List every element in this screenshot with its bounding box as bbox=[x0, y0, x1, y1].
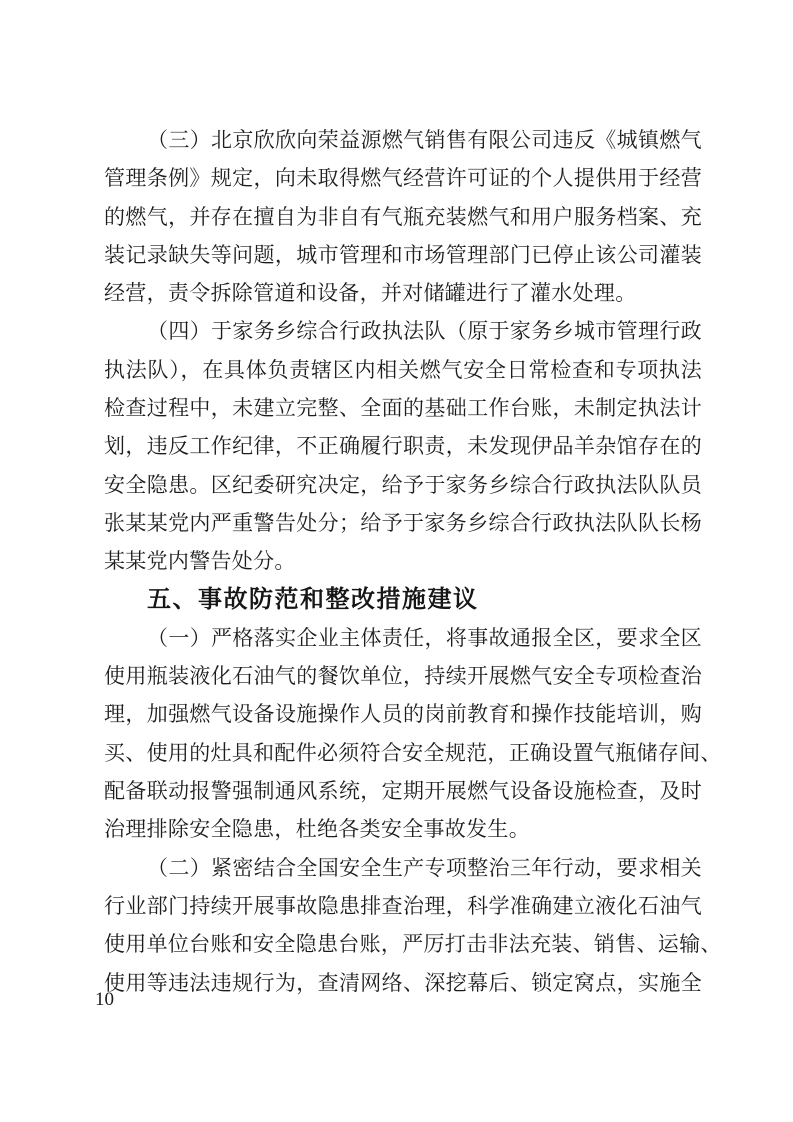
text-line: 治理排除安全隐患，杜绝各类安全事故发生。 bbox=[104, 810, 702, 848]
text-line: 经营，责令拆除管道和设备，并对储罐进行了灌水处理。 bbox=[104, 274, 702, 312]
page-number: 10 bbox=[95, 986, 114, 1014]
text-line: 行业部门持续开展事故隐患排查治理，科学准确建立液化石油气 bbox=[104, 887, 702, 925]
paragraph: （四）于家务乡综合行政执法队（原于家务乡城市管理行政执法队），在具体负责辖区内相… bbox=[104, 312, 702, 580]
paragraph: （三）北京欣欣向荣益源燃气销售有限公司违反《城镇燃气管理条例》规定，向未取得燃气… bbox=[104, 121, 702, 312]
text-block: （三）北京欣欣向荣益源燃气销售有限公司违反《城镇燃气管理条例》规定，向未取得燃气… bbox=[104, 121, 702, 1002]
text-line: 理，加强燃气设备设施操作人员的岗前教育和操作技能培训，购 bbox=[104, 695, 702, 733]
text-line: 检查过程中，未建立完整、全面的基础工作台账，未制定执法计 bbox=[104, 389, 702, 427]
text-line: （三）北京欣欣向荣益源燃气销售有限公司违反《城镇燃气 bbox=[104, 121, 702, 159]
text-line: 买、使用的灶具和配件必须符合安全规范，正确设置气瓶储存间、 bbox=[104, 734, 702, 772]
text-line: 划，违反工作纪律，不正确履行职责，未发现伊品羊杂馆存在的 bbox=[104, 427, 702, 465]
text-line: 某某党内警告处分。 bbox=[104, 542, 702, 580]
text-line: 执法队），在具体负责辖区内相关燃气安全日常检查和专项执法 bbox=[104, 351, 702, 389]
text-line: 的燃气，并存在擅自为非自有气瓶充装燃气和用户服务档案、充 bbox=[104, 198, 702, 236]
paragraph: （一）严格落实企业主体责任，将事故通报全区，要求全区使用瓶装液化石油气的餐饮单位… bbox=[104, 619, 702, 849]
text-line: 张某某党内严重警告处分；给予于家务乡综合行政执法队队长杨 bbox=[104, 504, 702, 542]
section-heading: 五、事故防范和整改措施建议 bbox=[104, 581, 702, 619]
text-line: 管理条例》规定，向未取得燃气经营许可证的个人提供用于经营 bbox=[104, 159, 702, 197]
text-line: 使用等违法违规行为，查清网络、深挖幕后、锁定窝点，实施全 bbox=[104, 964, 702, 1002]
text-line: 使用单位台账和安全隐患台账，严厉打击非法充装、销售、运输、 bbox=[104, 925, 702, 963]
text-line: 安全隐患。区纪委研究决定，给予于家务乡综合行政执法队队员 bbox=[104, 466, 702, 504]
paragraph: （二）紧密结合全国安全生产专项整治三年行动，要求相关行业部门持续开展事故隐患排查… bbox=[104, 849, 702, 1002]
text-line: 装记录缺失等问题，城市管理和市场管理部门已停止该公司灌装 bbox=[104, 236, 702, 274]
text-line: 配备联动报警强制通风系统，定期开展燃气设备设施检查，及时 bbox=[104, 772, 702, 810]
text-line: （一）严格落实企业主体责任，将事故通报全区，要求全区 bbox=[104, 619, 702, 657]
document-page: （三）北京欣欣向荣益源燃气销售有限公司违反《城镇燃气管理条例》规定，向未取得燃气… bbox=[0, 0, 793, 1122]
text-line: 使用瓶装液化石油气的餐饮单位，持续开展燃气安全专项检查治 bbox=[104, 657, 702, 695]
text-line: （四）于家务乡综合行政执法队（原于家务乡城市管理行政 bbox=[104, 312, 702, 350]
text-line: （二）紧密结合全国安全生产专项整治三年行动，要求相关 bbox=[104, 849, 702, 887]
